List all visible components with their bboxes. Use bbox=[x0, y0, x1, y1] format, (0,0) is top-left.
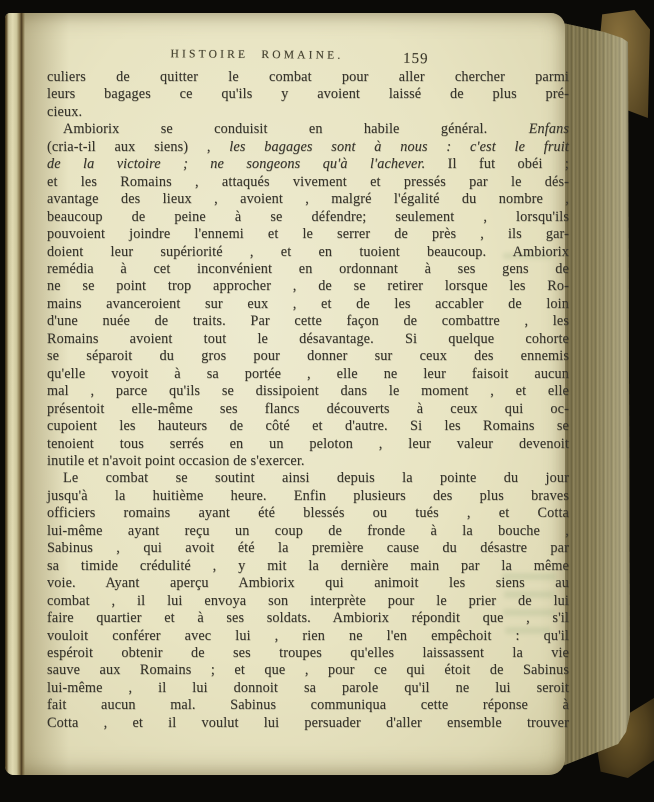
text-segment: mal , parce qu'ils se dissipoient dans l… bbox=[47, 383, 569, 399]
text-line: leurs bagages ce qu'ils y avoient laissé… bbox=[47, 86, 569, 103]
text-line: pouvoient joindre l'ennemi et le serrer … bbox=[47, 226, 569, 243]
text-segment: Sabinus , qui avoit été la première caus… bbox=[47, 540, 569, 556]
text-segment: culiers de quitter le combat pour aller … bbox=[47, 69, 569, 85]
text-line: Cotta , et il voulut lui persuader d'all… bbox=[47, 715, 569, 732]
text-segment: inutile et n'avoit point occasion de s'e… bbox=[47, 453, 305, 469]
text-segment: présentoit elle-même ses flancs découver… bbox=[47, 401, 569, 417]
text-line: voie. Ayant aperçu Ambiorix qui animoit … bbox=[47, 575, 569, 592]
text-segment: Le combat se soutint ainsi depuis la poi… bbox=[63, 470, 569, 486]
text-segment: qu'elle voyoit à sa portée , elle ne leu… bbox=[47, 366, 569, 382]
italic-text-segment: Enfans bbox=[529, 121, 569, 137]
text-line: avantage des lieux , avoient , malgré l'… bbox=[47, 191, 569, 208]
text-line: Ambiorix se conduisit en habile général.… bbox=[47, 121, 569, 138]
text-segment: cieux. bbox=[47, 104, 82, 120]
text-line: faire quartier et à ses soldats. Ambiori… bbox=[47, 610, 569, 627]
text-line: jusqu'à la huitième heure. Enfin plusieu… bbox=[47, 488, 569, 505]
text-line: ne se point trop approcher , de se retir… bbox=[47, 278, 569, 295]
text-segment: ne se point trop approcher , de se retir… bbox=[47, 278, 569, 294]
text-segment: espéroit obtenir de ses troupes qu'elles… bbox=[47, 645, 569, 661]
text-segment: remédia à cet inconvénient en ordonnant … bbox=[47, 261, 569, 277]
text-line: mains avanceroient sur eux , et de les a… bbox=[47, 296, 569, 313]
text-segment: et les Romains , attaqués vivement et pr… bbox=[47, 174, 569, 190]
text-segment: officiers romains ayant été blessés ou t… bbox=[47, 505, 569, 521]
text-line: Romains avoient tout le désavantage. Si … bbox=[47, 331, 569, 348]
text-line: doient leur supériorité , et en tuoient … bbox=[47, 244, 569, 261]
text-line: qu'elle voyoit à sa portée , elle ne leu… bbox=[47, 366, 569, 383]
text-line: beaucoup de peine à se défendre; seuleme… bbox=[47, 209, 569, 226]
text-line: cupoient les hauteurs de côté et d'autre… bbox=[47, 418, 569, 435]
page-header: HISTOIRE ROMAINE. 159 bbox=[5, 49, 565, 69]
text-line: sa timide crédulité , y mit la dernière … bbox=[47, 558, 569, 575]
text-segment: leurs bagages ce qu'ils y avoient laissé… bbox=[47, 86, 569, 102]
text-line: Le combat se soutint ainsi depuis la poi… bbox=[47, 470, 569, 487]
text-segment: lui-même , il lui donnoit sa parole qu'i… bbox=[47, 680, 569, 696]
text-line: combat , il lui envoya son interprète po… bbox=[47, 593, 569, 610]
text-line: espéroit obtenir de ses troupes qu'elles… bbox=[47, 645, 569, 662]
page-number: 159 bbox=[403, 51, 429, 68]
text-segment: se séparoit du gros pour donner sur ceux… bbox=[47, 348, 569, 364]
text-segment: pouvoient joindre l'ennemi et le serrer … bbox=[47, 226, 569, 242]
text-segment: Cotta , et il voulut lui persuader d'all… bbox=[47, 715, 569, 731]
text-segment: avantage des lieux , avoient , malgré l'… bbox=[47, 191, 569, 207]
text-line: lui-même ayant reçu un coup de fronde à … bbox=[47, 523, 569, 540]
text-line: d'une nuée de traits. Par cette façon de… bbox=[47, 313, 569, 330]
text-line: sauve aux Romains ; et que , pour ce qui… bbox=[47, 662, 569, 679]
text-segment: combat , il lui envoya son interprète po… bbox=[47, 593, 569, 609]
text-segment: cupoient les hauteurs de côté et d'autre… bbox=[47, 418, 569, 434]
text-line: cieux. bbox=[47, 104, 569, 121]
text-segment: sauve aux Romains ; et que , pour ce qui… bbox=[47, 662, 569, 678]
page-text: culiers de quitter le combat pour aller … bbox=[47, 69, 569, 732]
text-segment: faire quartier et à ses soldats. Ambiori… bbox=[47, 610, 569, 626]
text-line: se séparoit du gros pour donner sur ceux… bbox=[47, 348, 569, 365]
text-line: fait aucun mal. Sabinus communiqua cette… bbox=[47, 697, 569, 714]
text-line: (cria-t-il aux siens) , les bagages sont… bbox=[47, 139, 569, 156]
text-line: et les Romains , attaqués vivement et pr… bbox=[47, 174, 569, 191]
text-line: lui-même , il lui donnoit sa parole qu'i… bbox=[47, 680, 569, 697]
text-segment: Il fut obéi ; bbox=[425, 156, 569, 172]
text-segment: tenoient tous serrés en un peloton , leu… bbox=[47, 436, 569, 452]
book-scan-photo: HISTOIRE ROMAINE. 159 culiers de quitter… bbox=[0, 0, 654, 802]
text-segment: vouloit conférer avec lui , rien ne l'en… bbox=[47, 628, 569, 644]
text-line: de la victoire ; ne songeons qu'à l'ache… bbox=[47, 156, 569, 173]
text-line: remédia à cet inconvénient en ordonnant … bbox=[47, 261, 569, 278]
italic-text-segment: les bagages sont à nous : c'est le fruit bbox=[229, 139, 569, 155]
text-segment: voie. Ayant aperçu Ambiorix qui animoit … bbox=[47, 575, 569, 591]
text-segment: Romains avoient tout le désavantage. Si … bbox=[47, 331, 569, 347]
text-segment: doient leur supériorité , et en tuoient … bbox=[47, 244, 569, 260]
text-line: vouloit conférer avec lui , rien ne l'en… bbox=[47, 628, 569, 645]
text-segment: fait aucun mal. Sabinus communiqua cette… bbox=[47, 697, 569, 713]
text-segment: sa timide crédulité , y mit la dernière … bbox=[47, 558, 569, 574]
italic-text-segment: de la victoire ; ne songeons qu'à l'ache… bbox=[47, 156, 425, 172]
book-page: HISTOIRE ROMAINE. 159 culiers de quitter… bbox=[5, 13, 565, 775]
text-line: inutile et n'avoit point occasion de s'e… bbox=[47, 453, 569, 470]
text-segment: Ambiorix se conduisit en habile général. bbox=[63, 121, 529, 137]
running-title: HISTOIRE ROMAINE. bbox=[0, 47, 537, 64]
text-line: officiers romains ayant été blessés ou t… bbox=[47, 505, 569, 522]
text-segment: mains avanceroient sur eux , et de les a… bbox=[47, 296, 569, 312]
text-segment: beaucoup de peine à se défendre; seuleme… bbox=[47, 209, 569, 225]
text-segment: jusqu'à la huitième heure. Enfin plusieu… bbox=[47, 488, 569, 504]
text-segment: lui-même ayant reçu un coup de fronde à … bbox=[47, 523, 569, 539]
text-line: culiers de quitter le combat pour aller … bbox=[47, 69, 569, 86]
text-line: mal , parce qu'ils se dissipoient dans l… bbox=[47, 383, 569, 400]
binding-gutter bbox=[5, 13, 25, 775]
text-line: présentoit elle-même ses flancs découver… bbox=[47, 401, 569, 418]
text-line: Sabinus , qui avoit été la première caus… bbox=[47, 540, 569, 557]
text-segment: (cria-t-il aux siens) , bbox=[47, 139, 229, 155]
text-line: tenoient tous serrés en un peloton , leu… bbox=[47, 436, 569, 453]
text-segment: d'une nuée de traits. Par cette façon de… bbox=[47, 313, 569, 329]
